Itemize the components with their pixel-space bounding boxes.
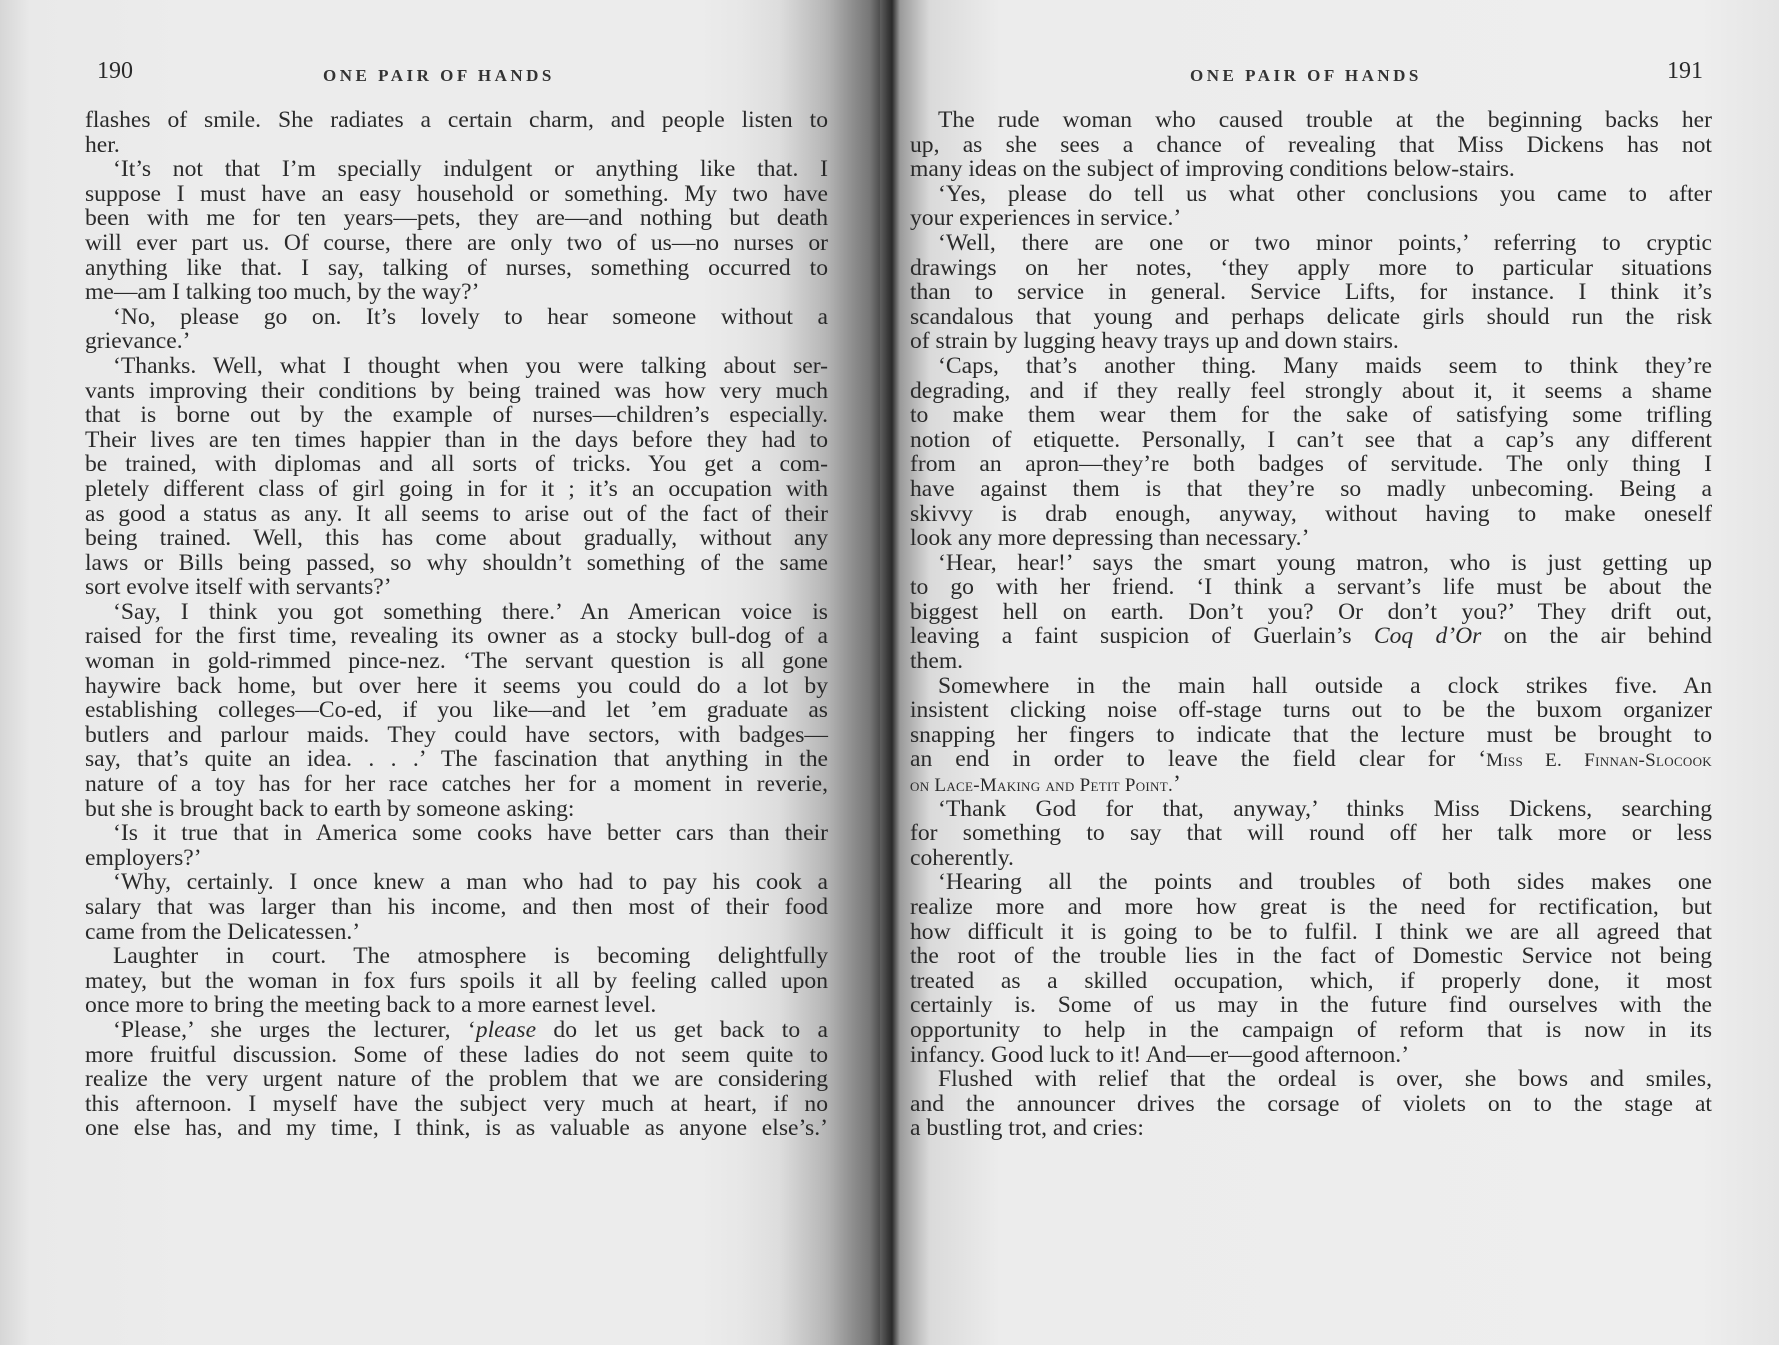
page-body-text: flashes of smile. She radiates a certain… <box>85 108 828 1141</box>
text-line: ‘Is it true that in America some cooks h… <box>85 821 828 846</box>
text-line: how difficult it is going to be to fulfi… <box>910 920 1712 945</box>
text-line: will ever part us. Of course, there are … <box>85 231 828 256</box>
text-line: look any more depressing than necessary.… <box>910 526 1712 551</box>
text-line: for something to say that will round off… <box>910 821 1712 846</box>
text-line: up, as she sees a chance of revealing th… <box>910 133 1712 158</box>
text-line: a bustling trot, and cries: <box>910 1116 1712 1141</box>
text-line: insistent clicking noise off-stage turns… <box>910 698 1712 723</box>
text-line: ‘Hearing all the points and troubles of … <box>910 870 1712 895</box>
text-segment: ‘Please,’ she urges the lecturer, ‘ <box>113 1017 476 1043</box>
text-line: notion of etiquette. Personally, I can’t… <box>910 428 1712 453</box>
text-line: grievance.’ <box>85 329 828 354</box>
page-body-text: The rude woman who caused trouble at the… <box>910 108 1712 1141</box>
text-segment: an end in order to leave the field clear… <box>910 746 1486 772</box>
text-line: The rude woman who caused trouble at the… <box>910 108 1712 133</box>
text-line: ‘Thank God for that, anyway,’ thinks Mis… <box>910 797 1712 822</box>
text-line: snapping her fingers to indicate that th… <box>910 723 1712 748</box>
text-line: say, that’s quite an idea. . . .’ The fa… <box>85 747 828 772</box>
text-segment: do let us get back to a <box>536 1017 828 1043</box>
text-line: sort evolve itself with servants?’ <box>85 575 828 600</box>
text-line: your experiences in service.’ <box>910 206 1712 231</box>
text-line: laws or Bills being passed, so why shoul… <box>85 551 828 576</box>
text-line: as good a status as any. It all seems to… <box>85 502 828 527</box>
text-line: ‘Why, certainly. I once knew a man who h… <box>85 870 828 895</box>
text-line: nature of a toy has for her race catches… <box>85 772 828 797</box>
text-line: infancy. Good luck to it! And—er—good af… <box>910 1043 1712 1068</box>
text-line: Flushed with relief that the ordeal is o… <box>910 1067 1712 1092</box>
text-line: more fruitful discussion. Some of these … <box>85 1043 828 1068</box>
text-segment: leaving a faint suspicion of Guerlain’s <box>910 623 1374 649</box>
text-line: been with me for ten years—pets, they ar… <box>85 206 828 231</box>
text-line: ‘Hear, hear!’ says the smart young matro… <box>910 551 1712 576</box>
text-line: ‘Caps, that’s another thing. Many maids … <box>910 354 1712 379</box>
page-number: 191 <box>1667 58 1703 85</box>
text-line: establishing colleges—Co-ed, if you like… <box>85 698 828 723</box>
text-line: haywire back home, but over here it seem… <box>85 674 828 699</box>
text-line: be trained, with diplomas and all sorts … <box>85 452 828 477</box>
text-line: Somewhere in the main hall outside a clo… <box>910 674 1712 699</box>
text-line: employers?’ <box>85 846 828 871</box>
text-line: suppose I must have an easy household or… <box>85 182 828 207</box>
text-line: degrading, and if they really feel stron… <box>910 379 1712 404</box>
text-line: but she is brought back to earth by some… <box>85 797 828 822</box>
text-line: me—am I talking too much, by the way?’ <box>85 280 828 305</box>
text-line: one else has, and my time, I think, is a… <box>85 1116 828 1141</box>
text-line: realize more and more how great is the n… <box>910 895 1712 920</box>
text-line: certainly is. Some of us may in the futu… <box>910 993 1712 1018</box>
text-line: them. <box>910 649 1712 674</box>
text-line: of strain by lugging heavy trays up and … <box>910 329 1712 354</box>
text-line: the root of the trouble lies in the fact… <box>910 944 1712 969</box>
page-number: 190 <box>97 58 133 85</box>
text-line: ‘Please,’ she urges the lecturer, ‘pleas… <box>85 1018 828 1043</box>
small-caps-text: Miss E. Finnan-Slocook <box>1486 750 1712 771</box>
text-line: vants improving their conditions by bein… <box>85 379 828 404</box>
text-line: ‘No, please go on. It’s lovely to hear s… <box>85 305 828 330</box>
text-line: that is borne out by the example of nurs… <box>85 403 828 428</box>
text-line: on Lace-Making and Petit Point.’ <box>910 772 1712 797</box>
text-line: scandalous that young and perhaps delica… <box>910 305 1712 330</box>
text-segment: ’ <box>1173 771 1181 797</box>
text-segment: on the air behind <box>1481 623 1712 649</box>
text-line: and the announcer drives the corsage of … <box>910 1092 1712 1117</box>
text-line: ‘Say, I think you got something there.’ … <box>85 600 828 625</box>
left-page: 190 ONE PAIR OF HANDS flashes of smile. … <box>0 0 880 1345</box>
text-line: this afternoon. I myself have the subjec… <box>85 1092 828 1117</box>
italic-text: please <box>476 1017 536 1043</box>
text-line: anything like that. I say, talking of nu… <box>85 256 828 281</box>
text-line: leaving a faint suspicion of Guerlain’s … <box>910 624 1712 649</box>
text-line: ‘Well, there are one or two minor points… <box>910 231 1712 256</box>
text-line: biggest hell on earth. Don’t you? Or don… <box>910 600 1712 625</box>
running-head: ONE PAIR OF HANDS <box>1190 66 1422 86</box>
text-line: to go with her friend. ‘I think a servan… <box>910 575 1712 600</box>
text-line: Their lives are ten times happier than i… <box>85 428 828 453</box>
text-line: many ideas on the subject of improving c… <box>910 157 1712 182</box>
text-line: flashes of smile. She radiates a certain… <box>85 108 828 133</box>
text-line: salary that was larger than his income, … <box>85 895 828 920</box>
text-line: Laughter in court. The atmosphere is bec… <box>85 944 828 969</box>
right-page: ONE PAIR OF HANDS 191 The rude woman who… <box>895 0 1779 1345</box>
text-line: have against them is that they’re so mad… <box>910 477 1712 502</box>
text-line: an end in order to leave the field clear… <box>910 747 1712 772</box>
text-line: ‘Thanks. Well, what I thought when you w… <box>85 354 828 379</box>
text-line: ‘Yes, please do tell us what other concl… <box>910 182 1712 207</box>
text-line: pletely different class of girl going in… <box>85 477 828 502</box>
text-line: once more to bring the meeting back to a… <box>85 993 828 1018</box>
text-line: drawings on her notes, ‘they apply more … <box>910 256 1712 281</box>
book-spread: 190 ONE PAIR OF HANDS flashes of smile. … <box>0 0 1779 1345</box>
italic-text: Coq d’Or <box>1374 623 1481 649</box>
text-line: coherently. <box>910 846 1712 871</box>
text-line: being trained. Well, this has come about… <box>85 526 828 551</box>
text-line: than to service in general. Service Lift… <box>910 280 1712 305</box>
text-line: raised for the first time, revealing its… <box>85 624 828 649</box>
text-line: came from the Delicatessen.’ <box>85 920 828 945</box>
text-line: opportunity to help in the campaign of r… <box>910 1018 1712 1043</box>
text-line: woman in gold-rimmed pince-nez. ‘The ser… <box>85 649 828 674</box>
text-line: to make them wear them for the sake of s… <box>910 403 1712 428</box>
text-line: matey, but the woman in fox furs spoils … <box>85 969 828 994</box>
text-line: from an apron—they’re both badges of ser… <box>910 452 1712 477</box>
text-line: treated as a skilled occupation, which, … <box>910 969 1712 994</box>
small-caps-text: on Lace-Making and Petit Point. <box>910 775 1173 796</box>
text-line: butlers and parlour maids. They could ha… <box>85 723 828 748</box>
text-line: her. <box>85 133 828 158</box>
running-head: ONE PAIR OF HANDS <box>323 66 555 86</box>
text-line: ‘It’s not that I’m specially indulgent o… <box>85 157 828 182</box>
text-line: skivvy is drab enough, anyway, without h… <box>910 502 1712 527</box>
text-line: realize the very urgent nature of the pr… <box>85 1067 828 1092</box>
